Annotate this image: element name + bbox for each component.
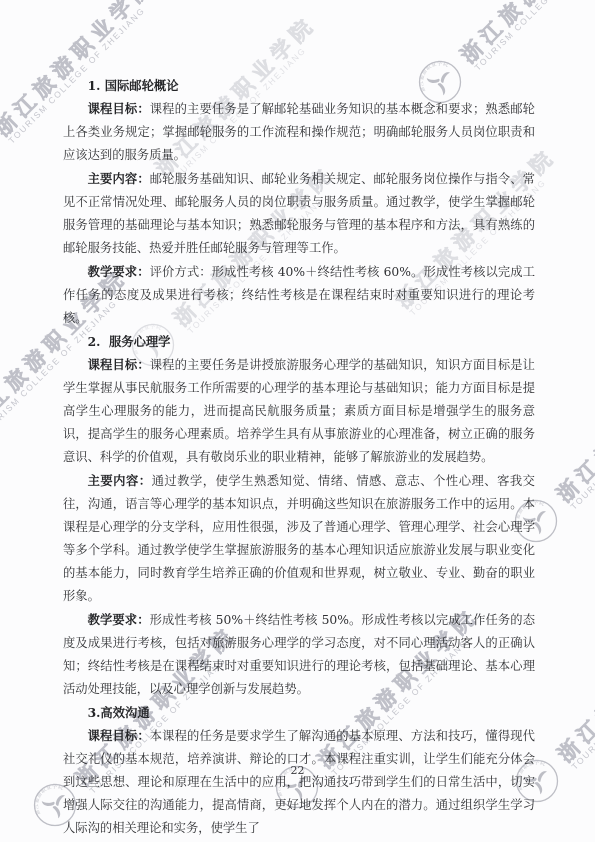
section-heading: 1. 国际邮轮概论 (63, 74, 535, 97)
section-heading: 3.高效沟通 (63, 701, 535, 724)
course-paragraph: 教学要求：评价方式：形成性考核 40%＋终结性考核 60%。形成性考核以完成工作… (63, 260, 535, 330)
course-paragraph: 主要内容：邮轮服务基础知识、邮轮业务相关规定、邮轮服务岗位操作与指令、常见不正常… (63, 167, 535, 260)
section-heading: 2. 服务心理学 (63, 330, 535, 353)
seal-microtext: 浙江旅游职业学院 (33, 783, 65, 816)
watermark-chinese-text: 浙江旅游职业学院 (550, 595, 595, 769)
document-content: 1. 国际邮轮概论 课程目标：课程的主要任务是了解邮轮基础业务知识的基本概念和要… (63, 74, 535, 840)
course-paragraph: 主要内容：通过教学，使学生熟悉知觉、情绪、情感、意志、个性心理、客我交往，沟通，… (63, 469, 535, 608)
watermark-chinese-text: 浙江旅游职业学院 (453, 0, 595, 70)
paragraph-text: 课程的主要任务是讲授旅游服务心理学的基础知识，知识方面目标是让学生掌握从事民航服… (63, 358, 535, 464)
watermark-english-text: TOURISM COLLEGE OF ZHEJIANG (569, 631, 595, 772)
watermark-english-text: TOURISM COLLEGE OF ZHEJIANG (472, 0, 595, 73)
svg-text:浙江旅游职业学院: 浙江旅游职业学院 (33, 783, 65, 816)
course-paragraph: 课程目标：本课程的任务是要求学生了解沟通的基本原理、方法和技巧，懂得现代社交礼仪… (63, 724, 535, 840)
paragraph-label: 教学要求： (88, 264, 150, 279)
course-section-2: 2. 服务心理学 课程目标：课程的主要任务是讲授旅游服务心理学的基础知识，知识方… (63, 330, 535, 701)
paragraph-label: 主要内容： (88, 171, 150, 186)
course-paragraph: 课程目标：课程的主要任务是了解邮轮基础业务知识的基本概念和要求；熟悉邮轮上各类业… (63, 97, 535, 167)
page-number: 22 (0, 764, 595, 777)
paragraph-text: 通过教学，使学生熟悉知觉、情绪、情感、意志、个性心理、客我交往，沟通，语言等心理… (63, 474, 535, 603)
course-paragraph: 教学要求：形成性考核 50%＋终结性考核 50%。形成性考核以完成工作任务的态度… (63, 608, 535, 701)
paragraph-label: 教学要求： (88, 612, 150, 627)
paragraph-label: 课程目标： (88, 101, 150, 116)
paragraph-label: 课程目标： (88, 357, 150, 372)
paragraph-label: 课程目标： (88, 728, 150, 743)
course-paragraph: 课程目标：课程的主要任务是讲授旅游服务心理学的基础知识，知识方面目标是让学生掌握… (63, 353, 535, 469)
paragraph-text: 本课程的任务是要求学生了解沟通的基本原理、方法和技巧，懂得现代社交礼仪的基本规范… (63, 729, 535, 835)
watermark-english-text: TOURISM COLLEGE OF ZHEJIANG (568, 371, 595, 512)
course-section-1: 1. 国际邮轮概论 课程目标：课程的主要任务是了解邮轮基础业务知识的基本概念和要… (63, 74, 535, 330)
paragraph-label: 主要内容： (88, 473, 152, 488)
watermark-chinese-text: 浙江旅游职业学院 (549, 335, 595, 509)
document-page: 浙江旅游职业学院 浙江旅游职业学院 TOURISM COLLEGE OF ZHE… (0, 0, 595, 842)
